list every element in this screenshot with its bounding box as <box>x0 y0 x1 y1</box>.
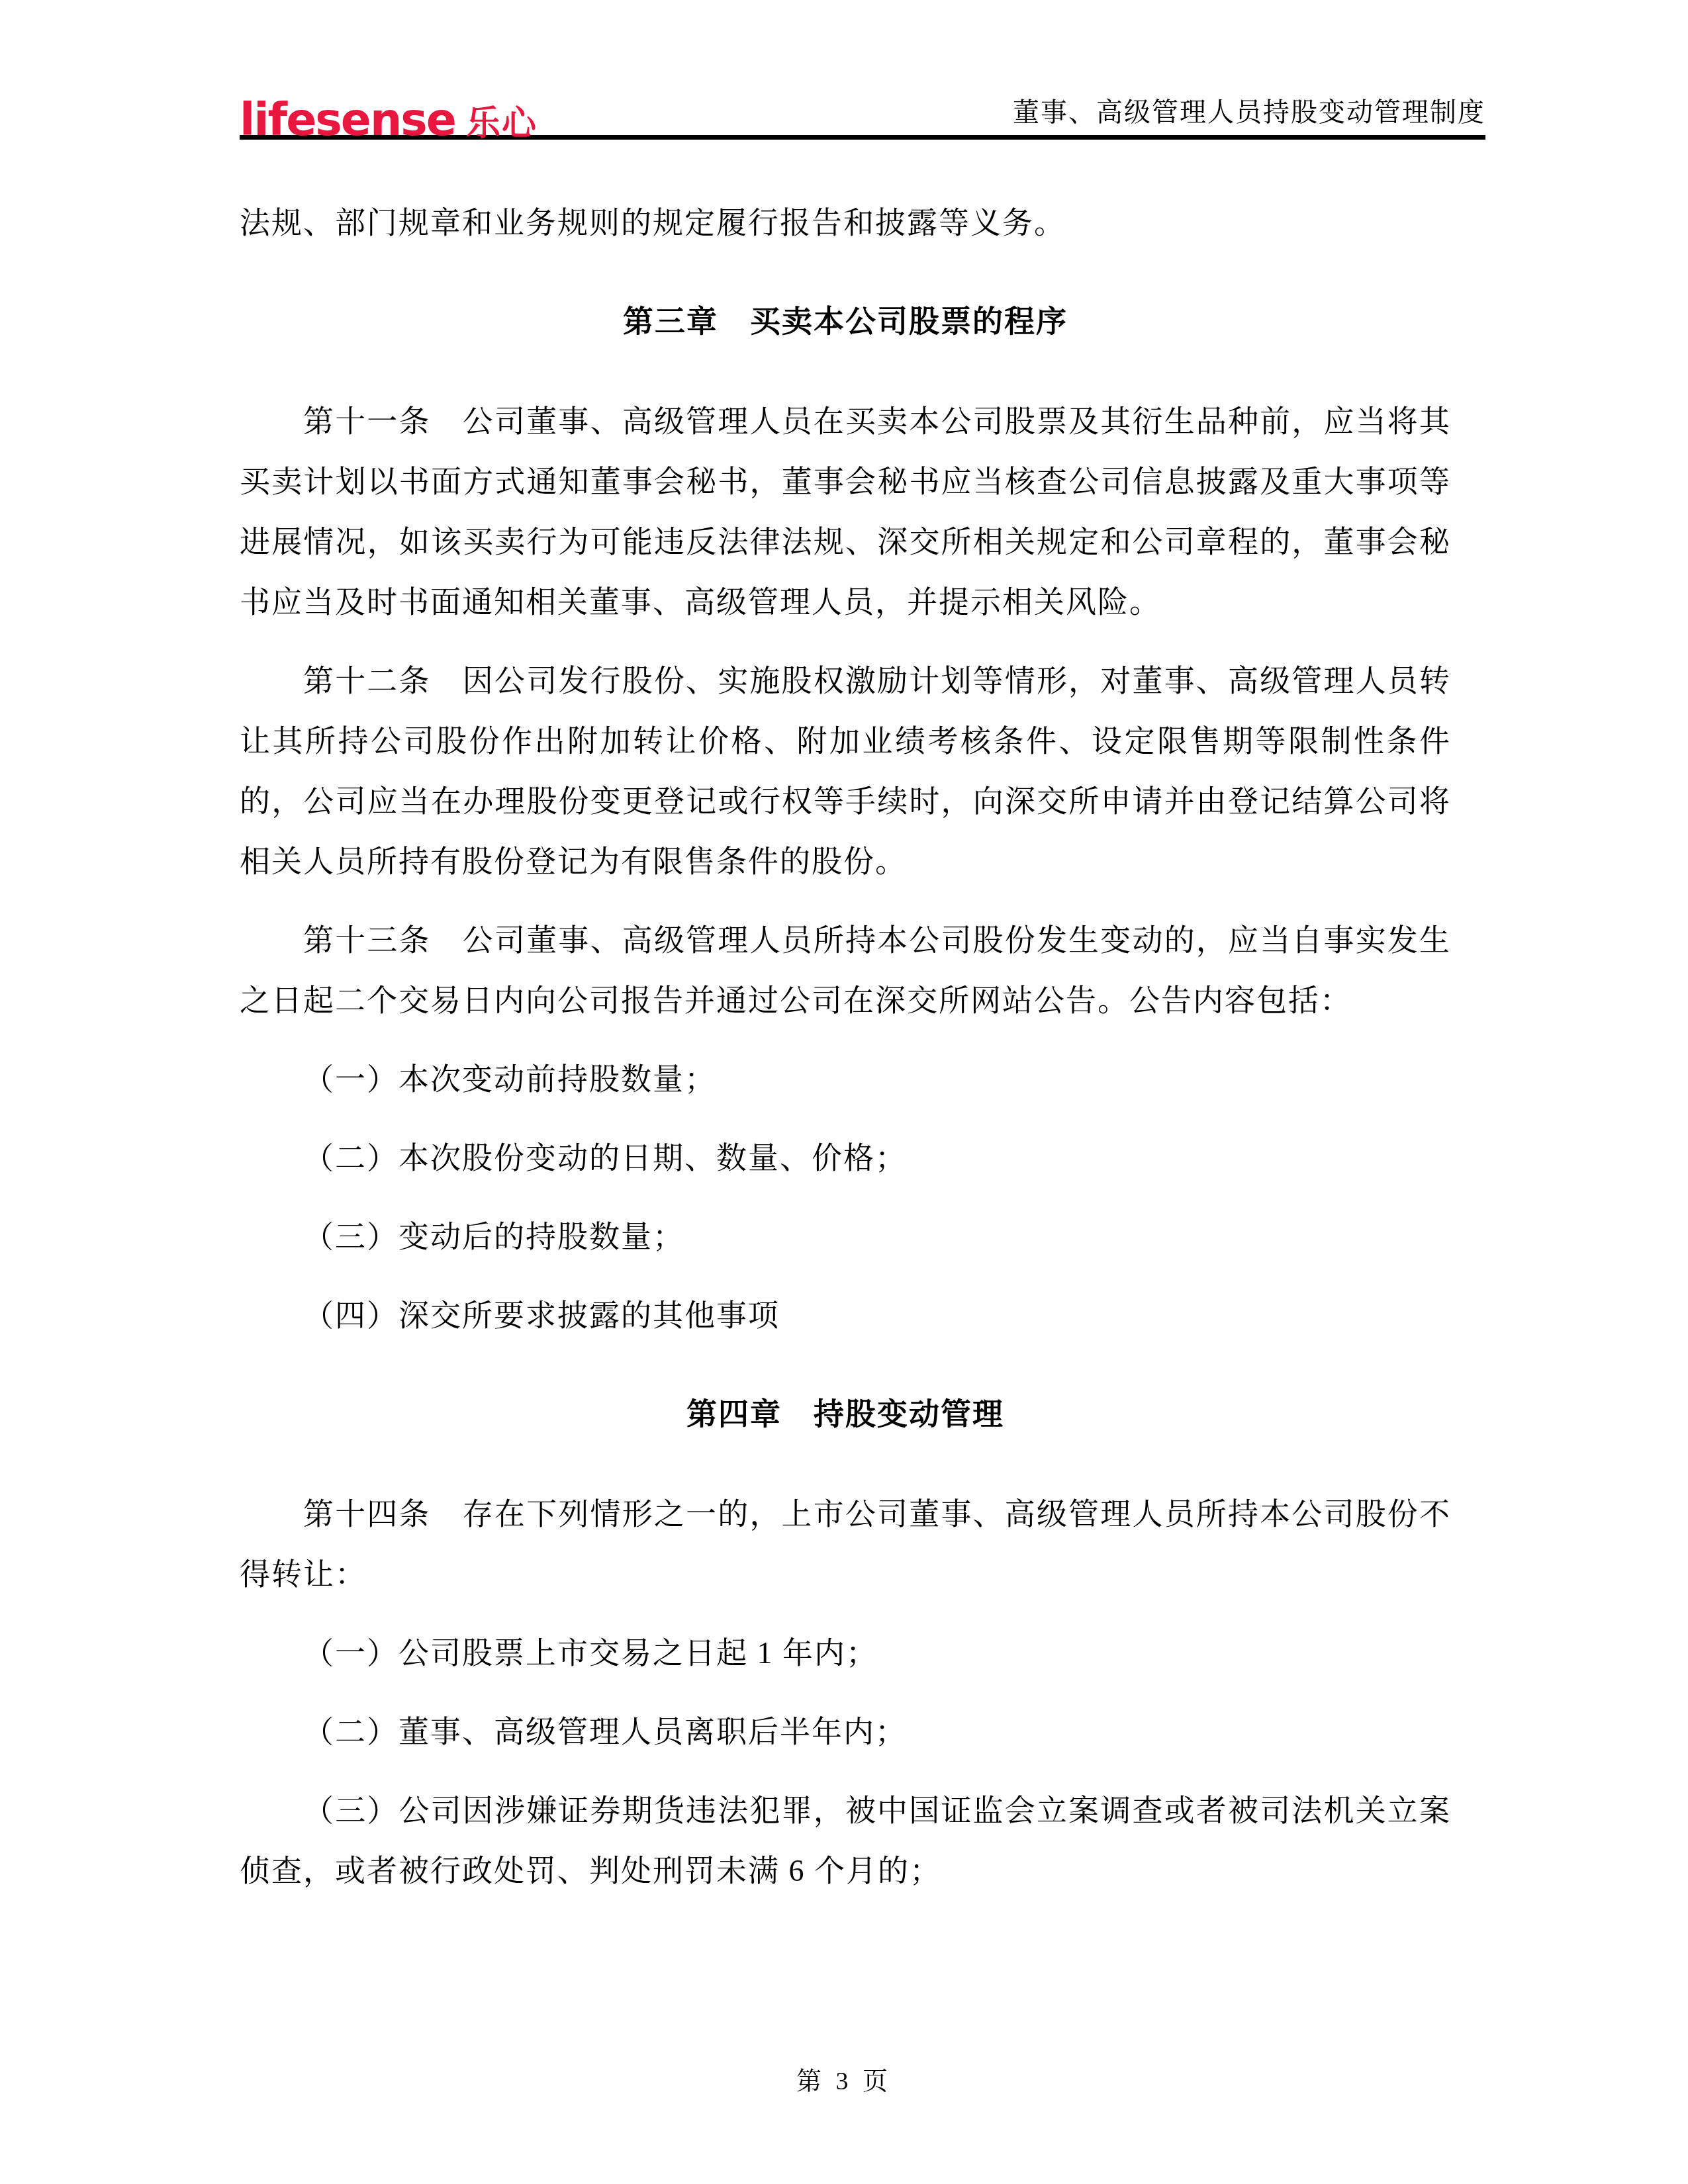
article-14-paragraph: 第十四条 存在下列情形之一的，上市公司董事、高级管理人员所持本公司股份不得转让： <box>240 1484 1451 1604</box>
lifesense-logo: lifesense 乐心 <box>240 98 538 143</box>
list-item-ch3-3: （三）变动后的持股数量； <box>240 1206 1451 1267</box>
logo-cjk-text: 乐心 <box>466 107 538 141</box>
article-12-paragraph: 第十二条 因公司发行股份、实施股权激励计划等情形，对董事、高级管理人员转让其所持… <box>240 651 1451 891</box>
chapter-4-heading: 第四章 持股变动管理 <box>240 1384 1451 1444</box>
article-13-paragraph: 第十三条 公司董事、高级管理人员所持本公司股份发生变动的，应当自事实发生之日起二… <box>240 910 1451 1030</box>
list-item-ch3-2: （二）本次股份变动的日期、数量、价格； <box>240 1128 1451 1188</box>
document-title: 董事、高级管理人员持股变动管理制度 <box>1013 99 1485 135</box>
paragraph-continuation: 法规、部门规章和业务规则的规定履行报告和披露等义务。 <box>240 193 1451 253</box>
page-footer: 第 3 页 <box>0 2060 1688 2097</box>
list-item-ch4-1: （一）公司股票上市交易之日起 1 年内； <box>240 1623 1451 1683</box>
page-header: lifesense 乐心 董事、高级管理人员持股变动管理制度 <box>240 93 1485 140</box>
document-body: 法规、部门规章和业务规则的规定履行报告和披露等义务。 第三章 买卖本公司股票的程… <box>240 169 1451 1919</box>
logo-latin-text: lifesense <box>240 98 455 143</box>
list-item-ch4-2: （二）董事、高级管理人员离职后半年内； <box>240 1702 1451 1762</box>
document-page: lifesense 乐心 董事、高级管理人员持股变动管理制度 法规、部门规章和业… <box>0 0 1688 2184</box>
list-item-ch4-3: （三）公司因涉嫌证券期货违法犯罪，被中国证监会立案调查或者被司法机关立案侦查，或… <box>240 1780 1451 1901</box>
list-item-ch3-1: （一）本次变动前持股数量； <box>240 1049 1451 1109</box>
article-11-paragraph: 第十一条 公司董事、高级管理人员在买卖本公司股票及其衍生品种前，应当将其买卖计划… <box>240 391 1451 632</box>
list-item-ch3-4: （四）深交所要求披露的其他事项 <box>240 1285 1451 1345</box>
chapter-3-heading: 第三章 买卖本公司股票的程序 <box>240 291 1451 351</box>
